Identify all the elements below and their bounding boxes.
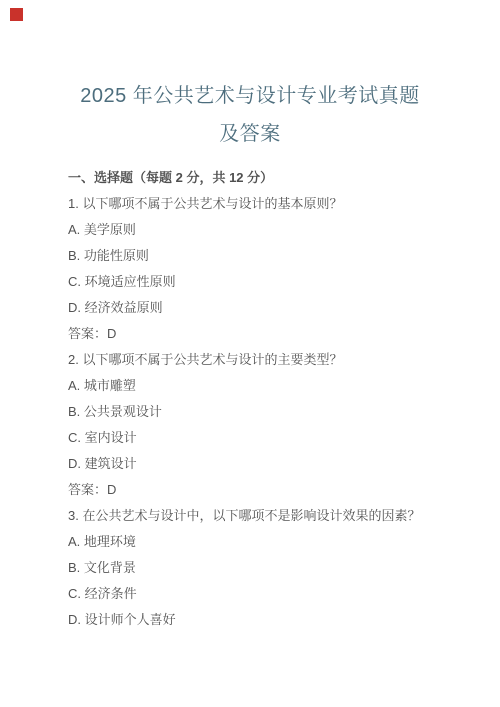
question-1-option-a: A. 美学原则 (68, 217, 460, 243)
question-2-option-d: D. 建筑设计 (68, 451, 460, 477)
question-1-answer: 答案：D (68, 321, 460, 347)
question-3-option-b: B. 文化背景 (68, 555, 460, 581)
question-1-option-d: D. 经济效益原则 (68, 295, 460, 321)
red-marker-icon (10, 8, 23, 21)
title-line-1: 2025 年公共艺术与设计专业考试真题 (0, 77, 500, 115)
question-2-option-c: C. 室内设计 (68, 425, 460, 451)
question-1-text: 1. 以下哪项不属于公共艺术与设计的基本原则？ (68, 191, 460, 217)
question-2-option-b: B. 公共景观设计 (68, 399, 460, 425)
question-2-option-a: A. 城市雕塑 (68, 373, 460, 399)
question-2-answer: 答案：D (68, 477, 460, 503)
section-heading: 一、选择题（每题 2 分，共 12 分） (68, 165, 460, 191)
question-3-option-c: C. 经济条件 (68, 581, 460, 607)
question-3-option-d: D. 设计师个人喜好 (68, 607, 460, 633)
exam-body: 一、选择题（每题 2 分，共 12 分） 1. 以下哪项不属于公共艺术与设计的基… (68, 165, 460, 633)
question-3-option-a: A. 地理环境 (68, 529, 460, 555)
question-2-text: 2. 以下哪项不属于公共艺术与设计的主要类型？ (68, 347, 460, 373)
question-3-text: 3. 在公共艺术与设计中，以下哪项不是影响设计效果的因素？ (68, 503, 460, 529)
title-line-2: 及答案 (0, 115, 500, 153)
document-title: 2025 年公共艺术与设计专业考试真题 及答案 (0, 77, 500, 153)
question-1-option-b: B. 功能性原则 (68, 243, 460, 269)
document-page: 2025 年公共艺术与设计专业考试真题 及答案 一、选择题（每题 2 分，共 1… (0, 0, 500, 707)
question-1-option-c: C. 环境适应性原则 (68, 269, 460, 295)
